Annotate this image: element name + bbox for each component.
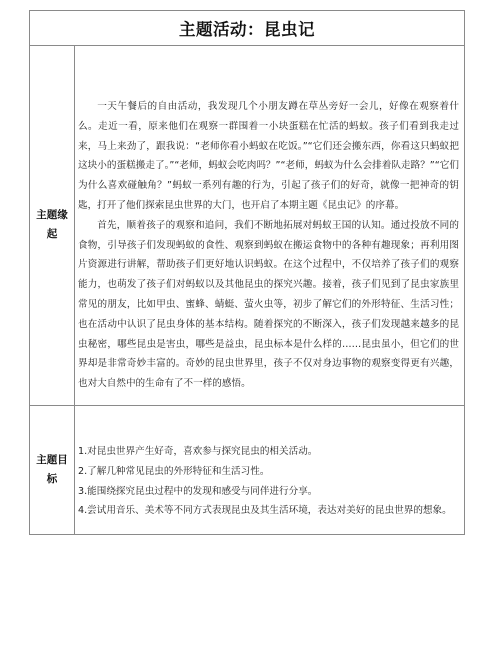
title-row: 主题活动：昆虫记 — [30, 11, 464, 46]
goal-item-1: 1.对昆虫世界产生好奇，喜欢参与探究昆虫的相关活动。 — [78, 442, 459, 462]
theme-origin-row: 主题缘起 一天午餐后的自由活动，我发现几个小朋友蹲在草丛旁好一会儿，好像在观察着… — [30, 45, 464, 406]
theme-goals-row: 主题目标 1.对昆虫世界产生好奇，喜欢参与探究昆虫的相关活动。 2.了解几种常见… — [30, 406, 464, 534]
origin-paragraph-2: 首先，顺着孩子的观察和追问，我们不断地拓展对蚂蚁王国的认知。通过投放不同的食物，… — [78, 216, 459, 394]
goal-item-3: 3.能围绕探究昆虫过程中的发现和感受与同伴进行分享。 — [78, 482, 459, 502]
goal-item-4: 4.尝试用音乐、美术等不同方式表现昆虫及其生活环境，表达对美好的昆虫世界的想象。 — [78, 501, 459, 521]
document-title: 主题活动：昆虫记 — [179, 16, 315, 40]
theme-origin-label-cell: 主题缘起 — [30, 45, 75, 405]
theme-goals-list: 1.对昆虫世界产生好奇，喜欢参与探究昆虫的相关活动。 2.了解几种常见昆虫的外形… — [78, 442, 459, 521]
theme-origin-text: 一天午餐后的自由活动，我发现几个小朋友蹲在草丛旁好一会儿，好像在观察着什么。走近… — [78, 97, 459, 394]
goal-item-2: 2.了解几种常见昆虫的外形特征和生活习性。 — [78, 462, 459, 482]
theme-goals-content-cell: 1.对昆虫世界产生好奇，喜欢参与探究昆虫的相关活动。 2.了解几种常见昆虫的外形… — [75, 406, 464, 534]
theme-origin-content-cell: 一天午餐后的自由活动，我发现几个小朋友蹲在草丛旁好一会儿，好像在观察着什么。走近… — [75, 45, 464, 405]
theme-goals-label: 主题目标 — [35, 451, 69, 489]
theme-origin-label: 主题缘起 — [35, 206, 69, 244]
theme-activity-table: 主题活动：昆虫记 主题缘起 一天午餐后的自由活动，我发现几个小朋友蹲在草丛旁好一… — [29, 10, 465, 535]
theme-goals-label-cell: 主题目标 — [30, 406, 75, 534]
origin-paragraph-1: 一天午餐后的自由活动，我发现几个小朋友蹲在草丛旁好一会儿，好像在观察着什么。走近… — [78, 97, 459, 216]
